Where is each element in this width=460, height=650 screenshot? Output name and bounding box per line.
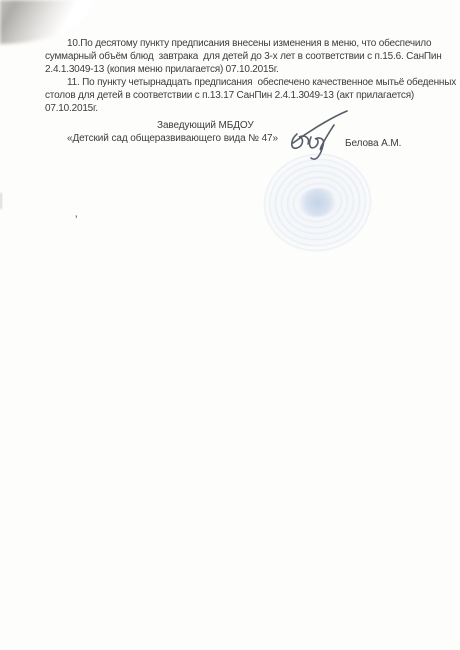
signatory-title-line1: Заведующий МБДОУ xyxy=(157,120,254,131)
paragraph-11-line: 07.10.2015г. xyxy=(45,102,445,115)
paragraph-11-line: столов для детей в соответствии с п.13.1… xyxy=(45,89,445,102)
stray-ink-mark: ’ xyxy=(75,214,77,226)
document-body-text: 10.По десятому пункту предписания внесен… xyxy=(45,37,445,115)
paragraph-10-line: 10.По десятому пункту предписания внесен… xyxy=(45,37,445,50)
scanned-document-page: 10.По десятому пункту предписания внесен… xyxy=(0,0,460,650)
round-seal-stamp xyxy=(258,147,377,258)
paragraph-10-line: 2.4.1.3049-13 (копия меню прилагается) 0… xyxy=(45,63,445,76)
scan-edge-artifact xyxy=(0,193,2,209)
paragraph-11-line: 11. По пункту четырнадцать предписания о… xyxy=(45,76,445,89)
signatory-title-line2: «Детский сад общеразвивающего вида № 47» xyxy=(67,133,278,144)
paragraph-10-line: суммарный объём блюд завтрака для детей … xyxy=(45,50,445,63)
